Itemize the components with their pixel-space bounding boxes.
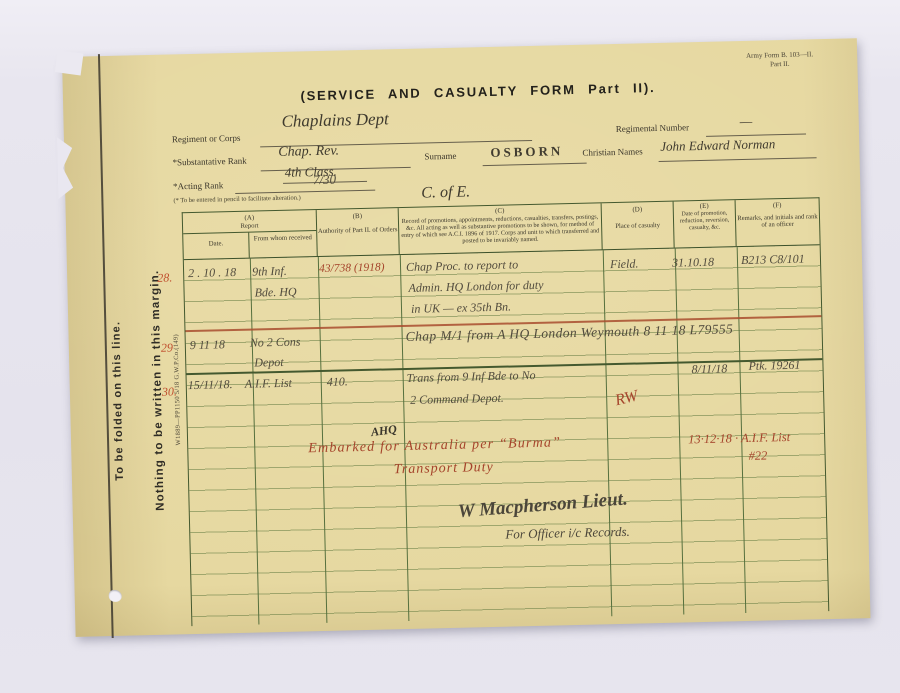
row1-remarks: B213 C8/101: [741, 252, 805, 268]
casualty-table: (A) Report Date. From whom received (B) …: [182, 197, 830, 626]
column-line-place: [675, 249, 685, 615]
row4-date-remarks: 13·12·18 · A.I.F. List: [688, 430, 790, 447]
christian-names-value: John Edward Norman: [660, 136, 775, 155]
row3-authority: 410.: [327, 374, 348, 389]
row1-record-line3: in UK — ex 35th Bn.: [411, 299, 511, 316]
header-event-date: (E) Date of promotion, reduction, revers…: [674, 200, 737, 247]
surname-underline: [483, 162, 587, 166]
row3-record-line1: Trans from 9 Inf Bde to No: [406, 368, 535, 386]
surname-value: OSBORN: [490, 143, 563, 161]
row1-from-line1: 9th Inf.: [252, 264, 287, 280]
row4-record-line1: Embarked for Australia per “Burma”: [308, 435, 561, 457]
header-remarks: (F) Remarks, and initials and rank of an…: [736, 198, 820, 246]
army-form-code: Army Form B. 103—II. Part II.: [746, 50, 813, 69]
column-line-record: [603, 250, 613, 616]
christian-names-underline: [659, 156, 817, 162]
header-date: Date.: [183, 233, 250, 260]
row1-place: Field.: [610, 256, 639, 272]
row3-remarks: Ptk. 19261: [748, 358, 800, 374]
form-title: (SERVICE AND CASUALTY FORM Part II).: [263, 79, 693, 104]
regimental-number-value: —: [740, 115, 753, 131]
row2-date: 9 11 18: [190, 337, 225, 353]
margin-number-30: 30.: [162, 384, 177, 399]
pencil-note: (* To be entered in pencil to facilitate…: [173, 194, 301, 204]
signature-title: For Officer i/c Records.: [505, 524, 630, 543]
row2-from-line1: No 2 Cons: [250, 334, 301, 350]
surname-label: Surname: [424, 151, 456, 162]
row1-authority: 43/738 (1918): [319, 261, 385, 275]
christian-names-label: Christian Names: [582, 146, 642, 157]
row3-date: 15/11/18.: [188, 377, 233, 393]
row4-record-line2: Transport Duty: [394, 460, 494, 478]
signature: W Macpherson Lieut.: [457, 488, 628, 523]
header-report: (A) Report Date. From whom received: [183, 210, 318, 259]
header-report-subrow: Date. From whom received: [183, 230, 317, 259]
header-authority: (B) Authority of Part II. of Orders: [317, 208, 400, 256]
regimental-number-label: Regimental Number: [616, 122, 689, 134]
row3-record-line2: 2 Command Depot.: [410, 391, 504, 408]
acting-rank-value: 7/30: [313, 172, 336, 189]
row4-pencil-initials: AHQ: [370, 422, 398, 440]
row3-red-initials: RW: [613, 387, 639, 410]
header-from-whom: From whom received: [249, 231, 317, 258]
torn-edge-nick: [57, 137, 73, 199]
row3-from: A.I.F. List: [245, 376, 292, 392]
header-d-text: Place of casualty: [602, 213, 673, 230]
column-line-date: [250, 259, 260, 625]
form-paper: To be folded on this line. Nothing to be…: [62, 38, 870, 637]
header-c-text: Record of promotions, appointments, redu…: [399, 213, 602, 247]
substantive-rank-label: *Substantative Rank: [172, 156, 246, 168]
row2-from-line2: Depot: [254, 355, 284, 371]
acting-rank-underline: [235, 189, 375, 194]
margin-fold-text: To be folded on this line.: [109, 266, 127, 536]
header-f-text: Remarks, and initials and rank of an off…: [736, 209, 819, 230]
header-place: (D) Place of casualty: [602, 202, 675, 250]
row1-event-date: 31.10.18: [672, 255, 714, 271]
religion-entry: C. of E.: [421, 183, 470, 202]
header-e-text: Date of promotion, reduction, reversion,…: [674, 210, 735, 232]
acting-rank-label: *Acting Rank: [173, 180, 223, 191]
margin-number-28: 28.: [157, 270, 172, 285]
margin-number-29: 29: [161, 340, 173, 355]
hole-punch: [109, 590, 122, 602]
substantive-rank-value: Chap. Rev.: [278, 144, 339, 161]
row3-event-date: 8/11/18: [691, 361, 727, 377]
row1-record-line2: Admin. HQ London for duty: [408, 278, 543, 296]
header-b-text: Authority of Part II. of Orders: [317, 220, 398, 236]
row1-from-line2: Bde. HQ: [254, 285, 296, 301]
row4-list-number: #22: [748, 448, 767, 463]
row1-record-line1: Chap Proc. to report to: [406, 257, 518, 275]
regiment-value: Chaplains Dept: [281, 109, 389, 132]
army-form-code-line2: Part II.: [746, 59, 813, 69]
header-record: (C) Record of promotions, appointments, …: [399, 203, 603, 254]
table-body: 28. 29 30. 2 . 10 . 18 9th Inf. Bde. HQ …: [184, 244, 828, 626]
regiment-label: Regiment or Corps: [172, 133, 241, 145]
torn-corner: [55, 50, 84, 75]
row1-date: 2 . 10 . 18: [188, 265, 236, 281]
